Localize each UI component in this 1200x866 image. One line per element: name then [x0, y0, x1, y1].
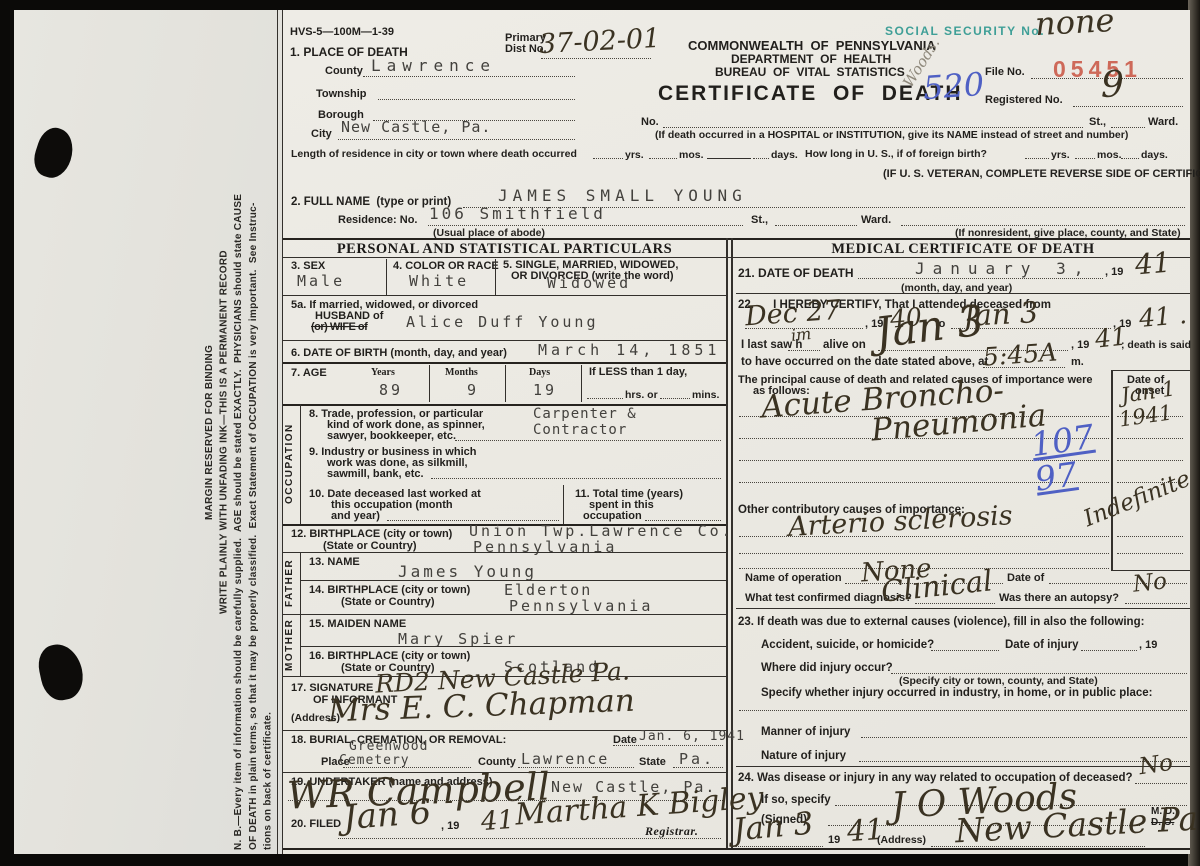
signed-date-handwriting: Jan 3	[732, 809, 815, 847]
filed-19-label: , 19	[441, 820, 459, 832]
dotted-line	[660, 398, 690, 399]
punch-hole	[29, 124, 79, 183]
months-label: Months	[445, 367, 478, 378]
to-year-handwriting: 41 .	[1138, 302, 1188, 331]
age-months-value: 9	[467, 381, 479, 399]
file-no-stamp: 05451	[1053, 56, 1142, 83]
onset-date-handwriting: 1941	[1118, 402, 1174, 430]
trade-value: Carpenter &	[533, 406, 637, 422]
father-name-value: James Young	[398, 562, 537, 581]
hrs-label: hrs. or	[625, 389, 658, 401]
registrar-label: Registrar.	[645, 824, 698, 839]
n19-label: , 19	[1105, 266, 1123, 278]
row-line	[283, 404, 726, 406]
address-label: (Address)	[877, 834, 926, 846]
dotted-line	[1111, 127, 1145, 128]
street-no-label: No.	[641, 116, 659, 128]
dotted-line	[649, 158, 677, 159]
cell-divider	[581, 365, 582, 402]
certificate-form: HVS-5—100M—1-39 1. PLACE OF DEATH County…	[283, 10, 1190, 854]
filed-date-handwriting: Jan 6	[342, 795, 432, 835]
dotted-line	[387, 520, 559, 521]
filed-label: 20. FILED	[291, 818, 341, 830]
dotted-line	[739, 710, 1187, 711]
dotted-line	[753, 158, 769, 159]
township-label: Township	[316, 88, 367, 100]
margin-line: WRITE PLAINLY WITH UNFADING INK—THIS IS …	[218, 14, 233, 850]
dash-line	[707, 158, 751, 159]
cell-divider	[386, 259, 387, 295]
alive-on-label: alive on	[823, 339, 866, 351]
days-label: Days	[529, 367, 550, 378]
dotted-line	[428, 225, 743, 226]
years-label: Years	[371, 367, 395, 378]
accident-label: Accident, suicide, or homicide?	[761, 639, 934, 651]
dotted-line	[587, 398, 623, 399]
scan-edge-left	[0, 0, 14, 866]
dotted-line	[363, 76, 575, 77]
occupation-related-handwriting: No	[1138, 752, 1175, 780]
burial-date-value: Jan. 6, 1941	[639, 729, 745, 744]
bottom-border	[283, 848, 1190, 850]
burial-place-value: Cemetery	[339, 753, 410, 768]
sex-label: 3. SEX	[291, 260, 325, 272]
race-label: 4. COLOR OR RACE	[393, 260, 499, 272]
date-of-death-value: January 3,	[915, 259, 1091, 278]
death-said-label: ; death is said	[1121, 339, 1191, 351]
dotted-line	[788, 350, 820, 351]
father-name-label: 13. NAME	[309, 556, 360, 568]
specify-injury-label: Specify whether injury occurred in indus…	[761, 687, 1153, 699]
department-line: DEPARTMENT OF HEALTH	[731, 52, 891, 66]
column-divider	[731, 238, 733, 848]
manner-of-injury-label: Manner of injury	[761, 726, 850, 738]
dotted-line	[1075, 158, 1095, 159]
social-security-label: SOCIAL SECURITY No.	[885, 24, 1045, 38]
dotted-line	[613, 745, 723, 746]
yrs-label: yrs.	[625, 149, 644, 161]
side-rule	[300, 404, 301, 524]
scan-edge-top	[0, 0, 1200, 10]
industry-label: sawmill, bank, etc.	[327, 468, 424, 480]
father-birthplace-value: Pennsylvania	[509, 597, 653, 615]
filed-year-handwriting: 41	[480, 807, 515, 835]
father-birthplace-label: 14. BIRTHPLACE (city or town)	[309, 584, 470, 596]
dotted-line	[1117, 460, 1183, 461]
registered-no-value: 9	[1101, 68, 1124, 104]
file-no-label: File No.	[985, 66, 1025, 78]
dotted-line	[858, 278, 1103, 279]
row-line	[736, 766, 1190, 767]
operation-label: Name of operation	[745, 572, 842, 584]
date-of-birth-value: March 14, 1851	[538, 341, 720, 359]
dotted-line	[1073, 106, 1183, 107]
mos-label: mos.	[679, 149, 704, 161]
operation-date-label: Date of	[1007, 572, 1044, 584]
st-label: St.,	[1089, 116, 1106, 128]
dotted-line	[673, 767, 723, 768]
less-than-day-label: If LESS than 1 day,	[589, 366, 687, 378]
sex-value: Male	[297, 272, 345, 290]
dotted-line	[431, 478, 721, 479]
dotted-line	[455, 440, 721, 441]
county-label: County	[325, 65, 363, 77]
physician-address-handwriting: New Castle Pa	[954, 802, 1199, 848]
personal-heading: PERSONAL AND STATISTICAL PARTICULARS	[283, 241, 726, 258]
punch-hole	[35, 640, 88, 704]
age-years-value: 89	[379, 381, 403, 399]
st-label: St.,	[751, 214, 768, 226]
cell-divider	[495, 259, 496, 295]
ward-label: Ward.	[861, 214, 891, 226]
birthplace-value: Pennsylvania	[473, 538, 617, 556]
marital-value: Widowed	[547, 274, 631, 292]
full-name-label: 2. FULL NAME (type or print)	[291, 196, 451, 208]
father-side-label: FATHER	[284, 552, 299, 614]
column-divider	[726, 238, 728, 848]
burial-state-value: Pa.	[679, 750, 715, 768]
row-line	[736, 293, 1190, 294]
binding-rule	[277, 10, 278, 854]
dotted-line	[663, 127, 1083, 128]
days-label: days.	[1141, 149, 1168, 161]
dotted-line	[1125, 603, 1187, 604]
cell-divider	[563, 485, 564, 524]
form-number: HVS-5—100M—1-39	[290, 26, 394, 38]
dotted-line	[739, 536, 1109, 537]
dotted-line	[861, 737, 1187, 738]
dotted-line	[378, 99, 575, 100]
father-birthplace-label: (State or Country)	[341, 596, 435, 608]
last-saw-date-handwriting: Jan 3	[873, 300, 986, 355]
if-so-specify-label: If so, specify	[761, 794, 831, 806]
registered-no-label: Registered No.	[985, 94, 1063, 106]
mother-side-label: MOTHER	[284, 614, 299, 676]
dotted-line	[1117, 553, 1183, 554]
specify-note: (Specify city or town, county, and State…	[899, 675, 1098, 687]
city-value: New Castle, Pa.	[341, 118, 491, 136]
dotted-line	[1117, 438, 1183, 439]
where-injury-label: Where did injury occur?	[761, 662, 893, 674]
spouse-name-value: Alice Duff Young	[406, 313, 599, 331]
residence-length-label: Length of residence in city or town wher…	[291, 148, 577, 160]
full-name-value: JAMES SMALL YOUNG	[498, 186, 747, 205]
trade-value: Contractor	[533, 422, 627, 438]
row-line	[283, 552, 726, 553]
days-label: days.	[771, 149, 798, 161]
mother-birthplace-label: 16. BIRTHPLACE (city or town)	[309, 650, 470, 662]
n19-label: , 19	[1071, 339, 1089, 351]
occurred-label: to have occurred on the date stated abov…	[741, 356, 988, 368]
scan-edge-bottom	[0, 854, 1200, 866]
veteran-note: (IF U. S. VETERAN, COMPLETE REVERSE SIDE…	[883, 168, 1200, 180]
onset-box-rule	[1111, 370, 1190, 371]
medical-heading: MEDICAL CERTIFICATE OF DEATH	[736, 241, 1190, 258]
occupation-side-label: OCCUPATION	[284, 404, 299, 524]
row-line	[283, 295, 726, 296]
margin-line: tions on back of certificate.	[261, 14, 276, 850]
dotted-line	[775, 225, 857, 226]
test-handwriting: Clinical	[880, 566, 994, 606]
social-security-value: none	[1034, 4, 1115, 40]
yrs-label: yrs.	[1051, 149, 1070, 161]
death-certificate-scan: MARGIN RESERVED FOR BINDING WRITE PLAINL…	[0, 0, 1200, 866]
side-rule	[300, 614, 301, 676]
contributory-onset-handwriting: Indefinite	[1081, 468, 1194, 532]
primary-dist-value: 37-02-01	[538, 25, 661, 58]
maiden-name-label: 15. MAIDEN NAME	[309, 618, 406, 630]
last-worked-label: and year)	[331, 510, 380, 522]
race-value: White	[409, 272, 469, 290]
blue-code-handwriting: 97	[1033, 457, 1079, 496]
city-label: City	[311, 128, 332, 140]
dotted-line	[1135, 783, 1187, 784]
dotted-line	[1081, 650, 1137, 651]
dotted-line	[593, 158, 623, 159]
burial-place-value: Greenwood	[349, 739, 428, 754]
burial-state-label: State	[639, 756, 666, 768]
dotted-line	[931, 650, 999, 651]
age-label: 7. AGE	[291, 367, 327, 379]
nature-of-injury-label: Nature of injury	[761, 750, 846, 762]
cell-divider	[429, 365, 430, 402]
death-year-handwriting: 41	[1134, 249, 1172, 280]
m-label: m.	[1071, 356, 1084, 368]
side-rule	[300, 552, 301, 614]
total-time-label: occupation	[583, 510, 642, 522]
row-line	[283, 362, 726, 364]
section-divider	[283, 238, 1190, 240]
binding-margin-text: MARGIN RESERVED FOR BINDING WRITE PLAINL…	[203, 14, 277, 850]
ward-label: Ward.	[1148, 116, 1178, 128]
date-of-death-label: 21. DATE OF DEATH	[738, 266, 854, 280]
mins-label: mins.	[692, 389, 719, 401]
dotted-line	[541, 58, 651, 59]
birthplace-label: (State or Country)	[323, 540, 417, 552]
row-line	[736, 608, 1190, 609]
informant-signature: Mrs E. C. Chapman	[328, 686, 636, 728]
birthplace-label: 12. BIRTHPLACE (city or town)	[291, 528, 452, 540]
dotted-line	[338, 139, 575, 140]
him-handwriting: im	[790, 326, 812, 344]
foreign-birth-label: How long in U. S., if of foreign birth?	[805, 148, 987, 160]
death-time-handwriting: 5:45A	[982, 339, 1058, 369]
commonwealth-line: COMMONWEALTH OF PENNSYLVANIA	[688, 38, 936, 53]
external-causes-label: 23. If death was due to external causes …	[738, 616, 1144, 628]
signed-19-label: 19	[828, 834, 840, 846]
autopsy-handwriting: No	[1132, 570, 1168, 596]
injury-date-label: Date of injury	[1005, 639, 1078, 651]
autopsy-label: Was there an autopsy?	[999, 592, 1119, 604]
residence-value: 106 Smithfield	[429, 204, 606, 223]
margin-line: N. B.—Every item of information should b…	[232, 14, 247, 850]
mos-label: mos.	[1097, 149, 1122, 161]
margin-line: OF DEATH in plain terms, so that it may …	[247, 14, 262, 850]
row-line	[300, 646, 726, 647]
dotted-line	[735, 846, 823, 847]
dotted-line	[1121, 158, 1139, 159]
address-label: (Address)	[291, 712, 340, 724]
dotted-line	[1025, 158, 1049, 159]
trade-label: sawyer, bookkeeper, etc.	[327, 430, 456, 442]
dotted-line	[645, 520, 721, 521]
county-value: Lawrence	[371, 56, 496, 75]
dotted-line	[1117, 536, 1183, 537]
wife-of-label-struck: (or) WIFE of	[311, 321, 367, 333]
dotted-line	[891, 673, 1187, 674]
residence-label: Residence: No.	[338, 214, 417, 226]
hospital-note: (If death occurred in a HOSPITAL or INST…	[655, 129, 1128, 141]
age-days-value: 19	[533, 381, 557, 399]
onset-box-rule	[1111, 370, 1113, 570]
dotted-line	[901, 225, 1185, 226]
bureau-line: BUREAU OF VITAL STATISTICS	[715, 65, 905, 79]
n19-label: , 19	[1139, 639, 1157, 651]
row-line	[283, 614, 726, 615]
cell-divider	[505, 365, 506, 402]
blue-number-520: 520	[922, 68, 985, 104]
date-of-birth-label: 6. DATE OF BIRTH (month, day, and year)	[291, 347, 507, 359]
margin-line: MARGIN RESERVED FOR BINDING	[203, 14, 218, 850]
